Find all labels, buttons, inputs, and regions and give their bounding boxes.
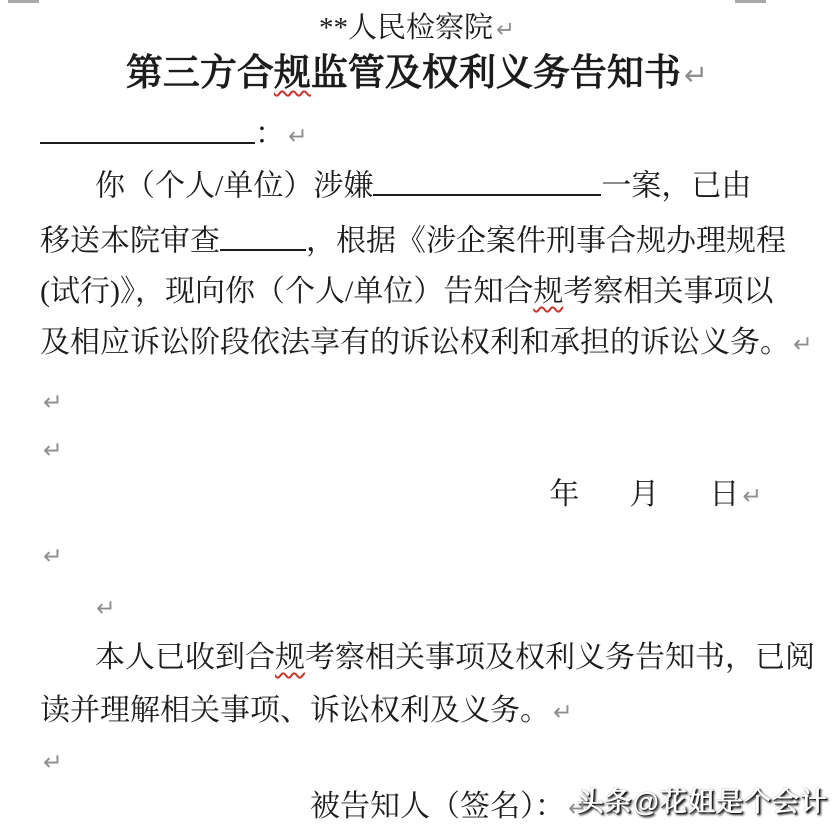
body-line-4: 及相应诉讼阶段依法享有的诉讼权利和承担的诉讼义务。↵ (40, 322, 813, 365)
empty-line-1: ↵ (40, 380, 63, 423)
title-line: 第三方合规监管及权利义务告知书↵ (0, 48, 834, 101)
indent-gap (659, 503, 709, 504)
paragraph-mark-icon: ↵ (793, 330, 813, 358)
body-line-1: 你（个人/单位）涉嫌一案，已由 (40, 162, 751, 208)
text-run: 及相应诉讼阶段依法享有的诉讼权利和承担的诉讼义务。 (40, 326, 790, 359)
paragraph-mark-icon: ↵ (742, 482, 762, 510)
text-run: 第三方合 (126, 53, 274, 94)
text-run: **人民检察院 (319, 12, 493, 44)
header-line: **人民检察院↵ (0, 8, 834, 49)
salutation-line: ：↵ (40, 110, 308, 156)
text-run: 监管及权利义务告知书 (311, 53, 681, 94)
indent-gap (579, 503, 629, 504)
paragraph-mark-icon: ↵ (43, 436, 63, 464)
paragraph-mark-icon: ↵ (684, 58, 708, 92)
date-line: 年月日↵ (549, 474, 762, 517)
paragraph-mark-icon: ↵ (496, 17, 515, 43)
empty-line-5: ↵ (40, 740, 63, 783)
paragraph-mark-icon: ↵ (568, 794, 588, 822)
indent-gap (40, 195, 95, 196)
empty-line-2: ↵ (40, 428, 63, 471)
paragraph-mark-icon: ↵ (553, 698, 573, 726)
text-run: 月 (629, 478, 659, 511)
fill-in-blank-underline (40, 110, 255, 144)
text-run: 一案，已由 (601, 170, 751, 203)
page-corner-mark-right (735, 0, 766, 3)
paragraph-mark-icon: ↵ (43, 542, 63, 570)
signature-line: 被告知人（签名）：↵ (310, 786, 588, 829)
indent-gap (40, 666, 95, 667)
body-line-3: (试行)》，现向你（个人/单位）告知合规考察相关事项以 (40, 271, 773, 314)
misspelled-text-run: 规 (275, 641, 305, 674)
paragraph-mark-icon: ↵ (96, 594, 116, 622)
body-line-2: 移送本院审查，根据《涉企案件刑事合规办理规程 (40, 217, 786, 263)
text-run: 本人已收到合 (95, 641, 275, 674)
paragraph-mark-icon: ↵ (43, 388, 63, 416)
text-run: 你（个人/单位）涉嫌 (95, 170, 373, 203)
ack-line-2: 读并理解相关事项、诉讼权利及义务。↵ (40, 690, 573, 733)
text-run: ： (255, 118, 285, 151)
paragraph-mark-icon: ↵ (288, 122, 308, 150)
text-run: 考察相关事项及权利义务告知书，已阅 (305, 641, 815, 674)
text-run: 读并理解相关事项、诉讼权利及义务。 (40, 694, 550, 727)
document-page: 头条@花姐是个会计 **人民检察院↵第三方合规监管及权利义务告知书↵：↵你（个人… (0, 0, 834, 829)
fill-in-blank-underline (220, 217, 306, 251)
page-corner-mark-left (8, 0, 39, 3)
misspelled-text-run: 规 (274, 53, 311, 94)
text-run: 年 (549, 478, 579, 511)
text-run: ，根据《涉企案件刑事合规办理规程 (306, 225, 786, 258)
ack-line-1: 本人已收到合规考察相关事项及权利义务告知书，已阅 (40, 637, 815, 680)
paragraph-mark-icon: ↵ (43, 748, 63, 776)
text-run: 被告知人（签名）： (310, 790, 565, 823)
fill-in-blank-underline (373, 162, 601, 196)
empty-line-4-indented: ↵ (93, 586, 116, 629)
watermark-text: 头条@花姐是个会计 (577, 780, 828, 819)
text-run: 移送本院审查 (40, 225, 220, 258)
empty-line-3: ↵ (40, 534, 63, 577)
text-run: 日 (709, 478, 739, 511)
text-run: (试行)》，现向你（个人/单位）告知合 (40, 275, 533, 308)
misspelled-text-run: 规 (533, 275, 563, 308)
text-run: 考察相关事项以 (563, 275, 773, 308)
